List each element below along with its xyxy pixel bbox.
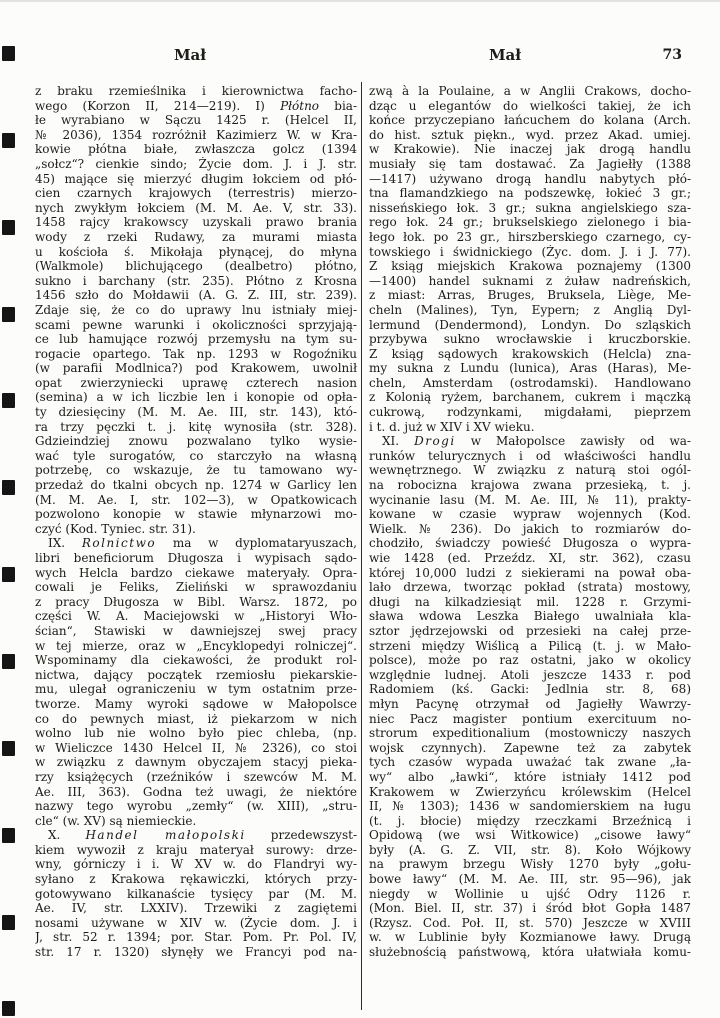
- text-line: —1417) używano drogą handlu nabytych płó…: [369, 172, 691, 187]
- text-line: z Kolonią ryżem, barchanem, cukrem i mąc…: [369, 390, 691, 405]
- text-line: dząc u elegantów do wielkości takiej, że…: [369, 99, 691, 114]
- text-line: do hist. sztuk piękn., wyd. przez Akad. …: [369, 128, 691, 143]
- text-line: Gdzieindziej znowu pozwalano tylko wysie…: [35, 434, 357, 449]
- text-line: przedaż do tkalni obcych np. 1274 w Garl…: [35, 478, 357, 493]
- scan-artifact-mark: [2, 741, 15, 756]
- text-line: sława wdowa Leszka Białego uwalniała kla…: [369, 609, 691, 624]
- text-line: kowane w czasie wypraw wojennych (Kod.: [369, 507, 691, 522]
- text-line: bowe ławy“ (M. M. Ae. III, str. 95—96), …: [369, 872, 691, 887]
- text-line: niec Pacz magister pontium exercituum no…: [369, 712, 691, 727]
- scan-artifact-mark: [2, 1001, 15, 1016]
- text-line: chodziło, świadczy powieść Długosza o wy…: [369, 536, 691, 551]
- text-line: towskiego i świdnickiego (Życ. dom. J. i…: [369, 245, 691, 260]
- text-line: rogacie opartego. Tak np. 1293 w Rogoźni…: [35, 347, 357, 362]
- text-line: końce przyczepiano łańcuchem do kolana (…: [369, 113, 691, 128]
- text-line: Zdaje się, że co do uprawy lnu istniały …: [35, 303, 357, 318]
- text-line: II, № 1303); 1436 w sandomierskiem na łu…: [369, 799, 691, 814]
- text-line: (t. j. błocie) między rzeczkami Brzeźnic…: [369, 814, 691, 829]
- text-line: na robocizna krajowa zwana przesieką, t.…: [369, 478, 691, 493]
- text-line: nisseńskiego łok. 3 gr.; sukna angielski…: [369, 201, 691, 216]
- scan-artifact-mark: [2, 393, 15, 408]
- text-line: lermund (Dendermond), Londyn. Do szląski…: [369, 318, 691, 333]
- scan-artifact-mark: [2, 915, 15, 930]
- running-header: Mał Mał 73: [0, 46, 720, 66]
- text-line: (Mon. Biel. II, str. 37) i śród błot Gop…: [369, 901, 691, 916]
- text-line: niegdy w Wollinie u ujść Odry 1126 r.: [369, 887, 691, 902]
- text-line: łego łok. po 23 gr., hirszberskiego czar…: [369, 230, 691, 245]
- text-line: kowie płótna białe, zwłaszcza golcz (139…: [35, 142, 357, 157]
- text-line: ra trzy pęczki t. j. kitę wynosiła (str.…: [35, 420, 357, 435]
- text-line: rzy książęcych (rzeźników i szewców M. M…: [35, 770, 357, 785]
- text-line: tych czasów wypada uważać tak zwane „ła-: [369, 755, 691, 770]
- text-line: Radomiem (kś. Gacki: Jedlnia str. 8, 68): [369, 682, 691, 697]
- text-line: Opidową (we wsi Witkowice) „cisowe ławy“: [369, 828, 691, 843]
- text-line: runków telurycznych i od właściwości han…: [369, 449, 691, 464]
- text-line: gotowywano kilkanaście tysięcy par (M. M…: [35, 887, 357, 902]
- emphasized-term: Płótno: [280, 99, 319, 113]
- text-line: 45) mające się mierzyć długim łokciem od…: [35, 172, 357, 187]
- text-line: cheln, Amsterdam (ostrodamski). Handlowa…: [369, 376, 691, 391]
- text-line: XI. Drogi w Małopolsce zawisły od wa-: [369, 434, 691, 449]
- emphasized-term: Handel małopolski: [85, 828, 245, 842]
- text-line: z pracy Długosza w Bibl. Warsz. 1872, po: [35, 595, 357, 610]
- text-line: nych zwykłym łokciem (M. M. Ae. V, str. …: [35, 201, 357, 216]
- text-line: na prawym brzegu Wisły 1270 były „gołu-: [369, 857, 691, 872]
- scan-artifact-mark: [2, 828, 15, 843]
- scan-artifact-mark: [2, 133, 15, 148]
- text-line: pozwolono konopie w stawie młynarzowi mo…: [35, 507, 357, 522]
- text-line: z braku rzemieślnika i kierownictwa fach…: [35, 84, 357, 99]
- text-line: u kościoła ś. Mikołaja płynącej, do młyn…: [35, 245, 357, 260]
- text-line: 1458 rajcy krakowscy uzyskali prawo bran…: [35, 215, 357, 230]
- text-line: rego łok. 24 gr.; brukselskiego zieloneg…: [369, 215, 691, 230]
- text-line: cien czarnych krajowych (terrestris) mie…: [35, 186, 357, 201]
- text-line: —1400) handel suknami z żuław nadreńskic…: [369, 274, 691, 289]
- text-line: wać tyle surogatów, co starczyło na włas…: [35, 449, 357, 464]
- text-line: co do pewnych miast, iż piekarzom w nich: [35, 712, 357, 727]
- text-line: sukno i barchany (str. 235). Płótno z Kr…: [35, 274, 357, 289]
- text-line: zwą à la Poulaine, a w Anglii Crakows, d…: [369, 84, 691, 99]
- text-line: wego (Korzon II, 214—219). I) Płótno bia…: [35, 99, 357, 114]
- text-line: cheln (Malines), Tyn, Eypern; z Anglią D…: [369, 303, 691, 318]
- page-number: 73: [663, 47, 682, 63]
- text-line: wy“ albo „ławki“, które istniały 1412 po…: [369, 770, 691, 785]
- text-line: w tej mierze, oraz w „Encyklopedyi rolni…: [35, 639, 357, 654]
- text-line: łe wyrabiano w Sączu 1425 r. (Helcel II,: [35, 113, 357, 128]
- text-line: wie 1428 (ed. Przeźdz. XI, str. 362), cz…: [369, 551, 691, 566]
- text-line: nosami używane w XIV w. (Życie dom. J. i: [35, 916, 357, 931]
- text-line: w Wieliczce 1430 Helcel II, № 2326), co …: [35, 741, 357, 756]
- text-line: wny, górniczy i i. W XV w. do Flandryi w…: [35, 857, 357, 872]
- text-line: z miast: Arras, Bruges, Bruksela, Liège,…: [369, 288, 691, 303]
- left-text-column: z braku rzemieślnika i kierownictwa fach…: [35, 84, 357, 960]
- text-line: musiały się tam dostawać. Za Jagiełły (1…: [369, 157, 691, 172]
- text-line: my sukna z Lundu (lunica), Aras (Haras),…: [369, 361, 691, 376]
- column-divider: [361, 82, 362, 1010]
- text-line: ścian“, Stawiski w dawniejszej swej prac…: [35, 624, 357, 639]
- text-line: potrzebę, co wskazuje, że tu tamowano wy…: [35, 463, 357, 478]
- scan-artifact-mark: [2, 654, 15, 669]
- text-line: „sołcz“? cienkie sindo; Życie dom. J. i …: [35, 157, 357, 172]
- text-line: (Walkmole) blichującego (dealbetro) płót…: [35, 259, 357, 274]
- text-line: Z ksiąg sądowych krakowskich (Helcla) zn…: [369, 347, 691, 362]
- text-line: w związku z dawnym obyczajem stacyj piek…: [35, 755, 357, 770]
- text-line: X. Handel małopolski przedewszyst-: [35, 828, 357, 843]
- running-head-left: Mał: [100, 46, 280, 64]
- scan-artifact-mark: [2, 307, 15, 322]
- text-line: długi na kilkadziesiąt mil. 1228 r. Grzy…: [369, 595, 691, 610]
- text-line: (Rzysz. Cod. Poł. II, st. 570) Jeszcze w…: [369, 916, 691, 931]
- text-line: cowali je Feliks, Zieliński w sprawozdan…: [35, 580, 357, 595]
- emphasized-term: Drogi: [414, 434, 456, 448]
- text-line: służebnością państwową, która ułatwiała …: [369, 945, 691, 960]
- right-text-column: zwą à la Poulaine, a w Anglii Crakows, d…: [369, 84, 691, 960]
- text-line: strzeni między Wiślicą a Pilicą (t. j. w…: [369, 639, 691, 654]
- text-line: tworze. Mamy wyroki sądowe w Małopolsce: [35, 697, 357, 712]
- text-line: (w parafii Modlnica?) pod Krakowem, uwol…: [35, 361, 357, 376]
- text-line: (M. M. Ae. I, str. 102—3), w Opatkowicac…: [35, 493, 357, 508]
- text-line: Ae. III, 363). Godna też uwagi, że niekt…: [35, 785, 357, 800]
- text-line: tna flamandzkiego na podszewkę, łokieć 3…: [369, 186, 691, 201]
- text-line: wewnętrznego. W związku z naturą stoi og…: [369, 463, 691, 478]
- text-line: libri beneficiorum Długosza i wypisach s…: [35, 551, 357, 566]
- text-line: wych Helcla bardzo ciekawe materyały. Op…: [35, 566, 357, 581]
- text-line: cle“ (w. XV) są niemieckie.: [35, 814, 357, 829]
- text-line: Krakowem w Zwierzyńcu królewskim (Helcel: [369, 785, 691, 800]
- text-line: sztor jędrzejowski od przesieki na całej…: [369, 624, 691, 639]
- text-line: części W. A. Maciejowski w „Historyi Wło…: [35, 609, 357, 624]
- text-line: syłano z Krakowa rękawiczki, których prz…: [35, 872, 357, 887]
- text-line: wody z rzeki Rudawy, za murami miasta: [35, 230, 357, 245]
- text-line: mu, ulegał ograniczeniu w tym ostatnim p…: [35, 682, 357, 697]
- text-line: IX. Rolnictwo ma w dyplomataryuszach,: [35, 536, 357, 551]
- text-line: w. w Lublinie były Kozmianowe ławy. Drug…: [369, 930, 691, 945]
- text-line: Wielk. № 236). Do jakich to rozmiarów do…: [369, 522, 691, 537]
- text-line: w Krakowie). Nie inaczej jak drogą handl…: [369, 142, 691, 157]
- text-line: Ae. IV, str. LXXIV). Trzewiki z zagiętem…: [35, 901, 357, 916]
- text-line: polsce), może po raz ostatni, jako w oko…: [369, 653, 691, 668]
- text-line: Z ksiąg miejskich Krakowa poznajemy (130…: [369, 259, 691, 274]
- text-line: opat zwierzyniecki uprawę czterech nasio…: [35, 376, 357, 391]
- scan-artifact-mark: [2, 480, 15, 495]
- text-line: nazwy tego wyrobu „zemły“ (w. XIII), „st…: [35, 799, 357, 814]
- text-line: Wspominamy dla ciekawości, że produkt ro…: [35, 653, 357, 668]
- text-line: młyn Pacynę otrzymał od Jagiełły Wawrzy-: [369, 697, 691, 712]
- text-line: scami pewne warunki i okoliczności sprzy…: [35, 318, 357, 333]
- text-line: ce lub hamujące rozwój przemysłu na tym …: [35, 332, 357, 347]
- text-line: kiem wywoził z kraju materyał surowy: dr…: [35, 843, 357, 858]
- text-line: wycinanie lasu (M. M. Ae. III, № 11), pr…: [369, 493, 691, 508]
- text-line: względnie ludnej. Atoli jeszcze 1433 r. …: [369, 668, 691, 683]
- text-line: przybywa sukno wrocławskie i kruczborski…: [369, 332, 691, 347]
- running-head-right: Mał: [420, 46, 590, 64]
- text-line: ty dziesięciny (M. M. Ae. III, str. 143)…: [35, 405, 357, 420]
- text-line: i t. d. już w XIV i XV wieku.: [369, 420, 691, 435]
- text-line: nictwa, dający początek rzemiosłu piekar…: [35, 668, 357, 683]
- book-page: Mał Mał 73 z braku rzemieślnika i kierow…: [0, 0, 720, 1018]
- scan-artifact-mark: [2, 220, 15, 235]
- text-line: lało drzewa, tworząc pokład (strata) mos…: [369, 580, 691, 595]
- text-line: wojsk czynnych). Zapewne też za zabytek: [369, 741, 691, 756]
- scan-artifact-mark: [2, 567, 15, 582]
- emphasized-term: Rolnictwo: [82, 536, 156, 550]
- text-line: № 2036), 1354 rozróżnił Kazimierz W. w K…: [35, 128, 357, 143]
- text-line: czyć (Kod. Tyniec. str. 31).: [35, 522, 357, 537]
- text-line: strorum expeditionalium (mostowniczy nas…: [369, 726, 691, 741]
- text-line: były (A. G. Z. VII, str. 8). Koło Wójkow…: [369, 843, 691, 858]
- text-line: cukrową, rodzynkami, migdałami, pieprzem: [369, 405, 691, 420]
- text-line: str. 17 r. 1320) słynęły we Francyi pod …: [35, 945, 357, 960]
- text-line: której 10,000 ludzi z siekierami na powa…: [369, 566, 691, 581]
- text-line: 1456 szło do Mołdawii (A. G. Z. III, str…: [35, 288, 357, 303]
- text-line: J, str. 52 r. 1394; por. Star. Pom. Pr. …: [35, 930, 357, 945]
- text-line: (semina) a w ich liczbie len i konopie o…: [35, 390, 357, 405]
- text-line: wolno lub nie wolno było piec chleba, (n…: [35, 726, 357, 741]
